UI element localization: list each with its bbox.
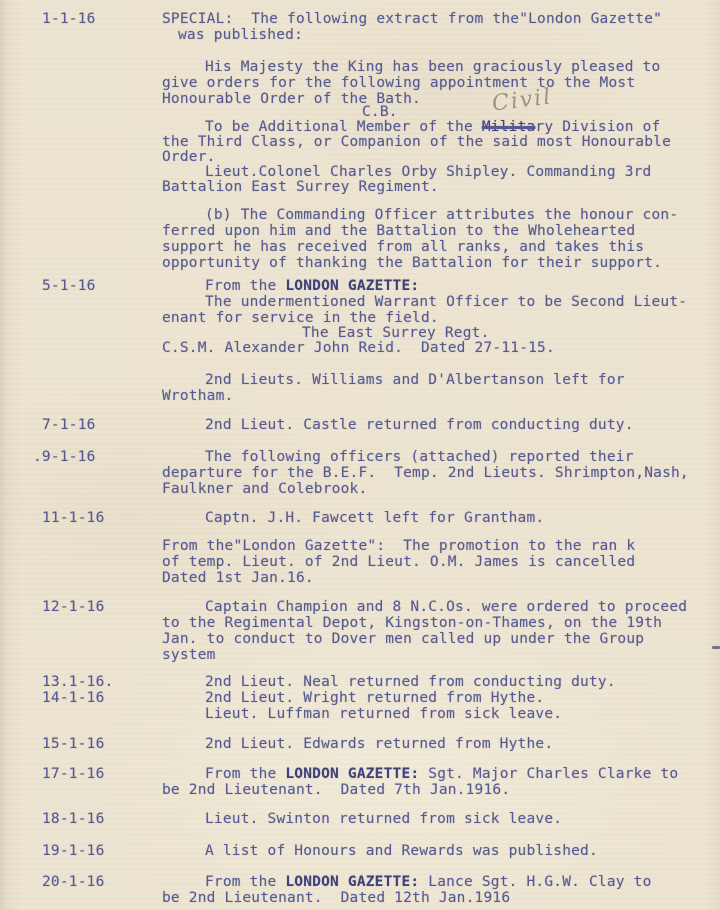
diary-line: 17-1-16From the LONDON GAZETTE: Sgt. Maj… (0, 766, 720, 782)
diary-line: be 2nd Lieutenant. Dated 7th Jan.1916. (0, 782, 720, 798)
entry-text: From the LONDON GAZETTE: (205, 278, 419, 294)
entry-text: Wrotham. (162, 388, 233, 404)
diary-line: (b) The Commanding Officer attributes th… (0, 207, 720, 223)
entry-date: 15-1-16 (42, 736, 105, 752)
entry-text: Faulkner and Colebrook. (162, 481, 367, 497)
entry-text: the Third Class, or Companion of the sai… (162, 134, 671, 150)
diary-line: 12-1-16Captain Champion and 8 N.C.Os. we… (0, 599, 720, 615)
entry-text: C.S.M. Alexander John Reid. Dated 27-11-… (162, 340, 555, 356)
entry-date: .9-1-16 (33, 449, 96, 465)
entry-text: Captain Champion and 8 N.C.Os. were orde… (205, 599, 687, 615)
entry-date: 18-1-16 (42, 811, 105, 827)
diary-line: departure for the B.E.F. Temp. 2nd Lieut… (0, 465, 720, 481)
diary-line: of temp. Lieut. of 2nd Lieut. O.M. James… (0, 554, 720, 570)
diary-line: Wrotham. (0, 388, 720, 404)
entry-text: Lieut.Colonel Charles Orby Shipley. Comm… (205, 164, 652, 180)
entry-text: departure for the B.E.F. Temp. 2nd Lieut… (162, 465, 689, 481)
diary-line: 11-1-16Captn. J.H. Fawcett left for Gran… (0, 510, 720, 526)
diary-line: to the Regimental Depot, Kingston-on-Tha… (0, 615, 720, 631)
struck-text: Milita (482, 119, 536, 135)
diary-line: .9-1-16The following officers (attached)… (0, 449, 720, 465)
entry-date: 7-1-16 (42, 417, 96, 433)
diary-line: opportunity of thanking the Battalion fo… (0, 255, 720, 271)
entry-text: enant for service in the field. (162, 310, 439, 326)
diary-line: was published: (0, 27, 720, 43)
entry-text: system (162, 647, 216, 663)
entry-text: Battalion East Surrey Regiment. (162, 179, 439, 195)
diary-line: 15-1-162nd Lieut. Edwards returned from … (0, 736, 720, 752)
diary-line: Dated 1st Jan.16. (0, 570, 720, 586)
entry-date: 11-1-16 (42, 510, 105, 526)
diary-line: The undermentioned Warrant Officer to be… (0, 294, 720, 310)
entry-text: 2nd Lieut. Neal returned from conducting… (205, 674, 616, 690)
entry-text: Lieut. Luffman returned from sick leave. (205, 706, 562, 722)
diary-line: Jan. to conduct to Dover men called up u… (0, 631, 720, 647)
diary-line: 2nd Lieuts. Williams and D'Albertanson l… (0, 372, 720, 388)
entry-text: was published: (178, 27, 303, 43)
entry-date: 13.1-16. (42, 674, 113, 690)
entry-date: 5-1-16 (42, 278, 96, 294)
diary-line: 20-1-16From the LONDON GAZETTE: Lance Sg… (0, 874, 720, 890)
diary-line: be 2nd Lieutenant. Dated 12th Jan.1916 (0, 890, 720, 906)
diary-line: Order. (0, 149, 720, 165)
entry-text: be 2nd Lieutenant. Dated 7th Jan.1916. (162, 782, 510, 798)
diary-line: 1-1-16SPECIAL: The following extract fro… (0, 11, 720, 27)
entry-date: 12-1-16 (42, 599, 105, 615)
entry-text: Jan. to conduct to Dover men called up u… (162, 631, 644, 647)
diary-line: Battalion East Surrey Regiment. (0, 179, 720, 195)
entry-text: to the Regimental Depot, Kingston-on-Tha… (162, 615, 662, 631)
diary-line: C.B. (0, 104, 720, 120)
entry-text: support he has received from all ranks, … (162, 239, 644, 255)
entry-text: Dated 1st Jan.16. (162, 570, 314, 586)
diary-line: 5-1-16From the LONDON GAZETTE: (0, 278, 720, 294)
entry-text: From the"London Gazette": The promotion … (162, 538, 635, 554)
entry-text: The following officers (attached) report… (205, 449, 634, 465)
entry-text: 2nd Lieut. Edwards returned from Hythe. (205, 736, 553, 752)
diary-line: ferred upon him and the Battalion to the… (0, 223, 720, 239)
entry-text: To be Additional Member of the Military … (205, 119, 660, 135)
diary-line: support he has received from all ranks, … (0, 239, 720, 255)
diary-line: 14-1-162nd Lieut. Wright returned from H… (0, 690, 720, 706)
entry-text: 2nd Lieut. Castle returned from conducti… (205, 417, 634, 433)
entry-text: 2nd Lieut. Wright returned from Hythe. (205, 690, 544, 706)
diary-line: 18-1-16Lieut. Swinton returned from sick… (0, 811, 720, 827)
entry-date: 14-1-16 (42, 690, 105, 706)
entry-text: A list of Honours and Rewards was publis… (205, 843, 598, 859)
entry-text: From the LONDON GAZETTE: Lance Sgt. H.G.… (205, 874, 652, 890)
entry-date: 1-1-16 (42, 11, 96, 27)
entry-text: Lieut. Swinton returned from sick leave. (205, 811, 562, 827)
entry-date: 17-1-16 (42, 766, 105, 782)
entry-text: Captn. J.H. Fawcett left for Grantham. (205, 510, 544, 526)
diary-line: system (0, 647, 720, 663)
entry-text: From the LONDON GAZETTE: Sgt. Major Char… (205, 766, 678, 782)
diary-line: give orders for the following appointmen… (0, 75, 720, 91)
diary-line: From the"London Gazette": The promotion … (0, 538, 720, 554)
diary-line: 19-1-16A list of Honours and Rewards was… (0, 843, 720, 859)
entry-text: C.B. (362, 104, 398, 120)
diary-line: Lieut. Luffman returned from sick leave. (0, 706, 720, 722)
diary-line: The East Surrey Regt. (0, 325, 720, 341)
diary-line: 7-1-162nd Lieut. Castle returned from co… (0, 417, 720, 433)
entry-text: give orders for the following appointmen… (162, 75, 635, 91)
entry-text: SPECIAL: The following extract from the"… (162, 11, 662, 27)
entry-text: opportunity of thanking the Battalion fo… (162, 255, 662, 271)
diary-line: Lieut.Colonel Charles Orby Shipley. Comm… (0, 164, 720, 180)
entry-text: (b) The Commanding Officer attributes th… (205, 207, 678, 223)
diary-line: enant for service in the field. (0, 310, 720, 326)
entry-date: 19-1-16 (42, 843, 105, 859)
diary-line: 13.1-16.2nd Lieut. Neal returned from co… (0, 674, 720, 690)
diary-line: Faulkner and Colebrook. (0, 481, 720, 497)
entry-text: 2nd Lieuts. Williams and D'Albertanson l… (205, 372, 625, 388)
entry-text: The undermentioned Warrant Officer to be… (205, 294, 687, 310)
diary-line: C.S.M. Alexander John Reid. Dated 27-11-… (0, 340, 720, 356)
entry-date: 20-1-16 (42, 874, 105, 890)
entry-text: His Majesty the King has been graciously… (205, 59, 660, 75)
diary-line: To be Additional Member of the Military … (0, 119, 720, 135)
entry-text: be 2nd Lieutenant. Dated 12th Jan.1916 (162, 890, 510, 906)
document-page: Civil 1-1-16SPECIAL: The following extra… (0, 0, 720, 910)
diary-line: the Third Class, or Companion of the sai… (0, 134, 720, 150)
entry-text: of temp. Lieut. of 2nd Lieut. O.M. James… (162, 554, 635, 570)
entry-text: The East Surrey Regt. (302, 325, 490, 341)
entry-text: Order. (162, 149, 216, 165)
entry-text: ferred upon him and the Battalion to the… (162, 223, 635, 239)
diary-line: His Majesty the King has been graciously… (0, 59, 720, 75)
